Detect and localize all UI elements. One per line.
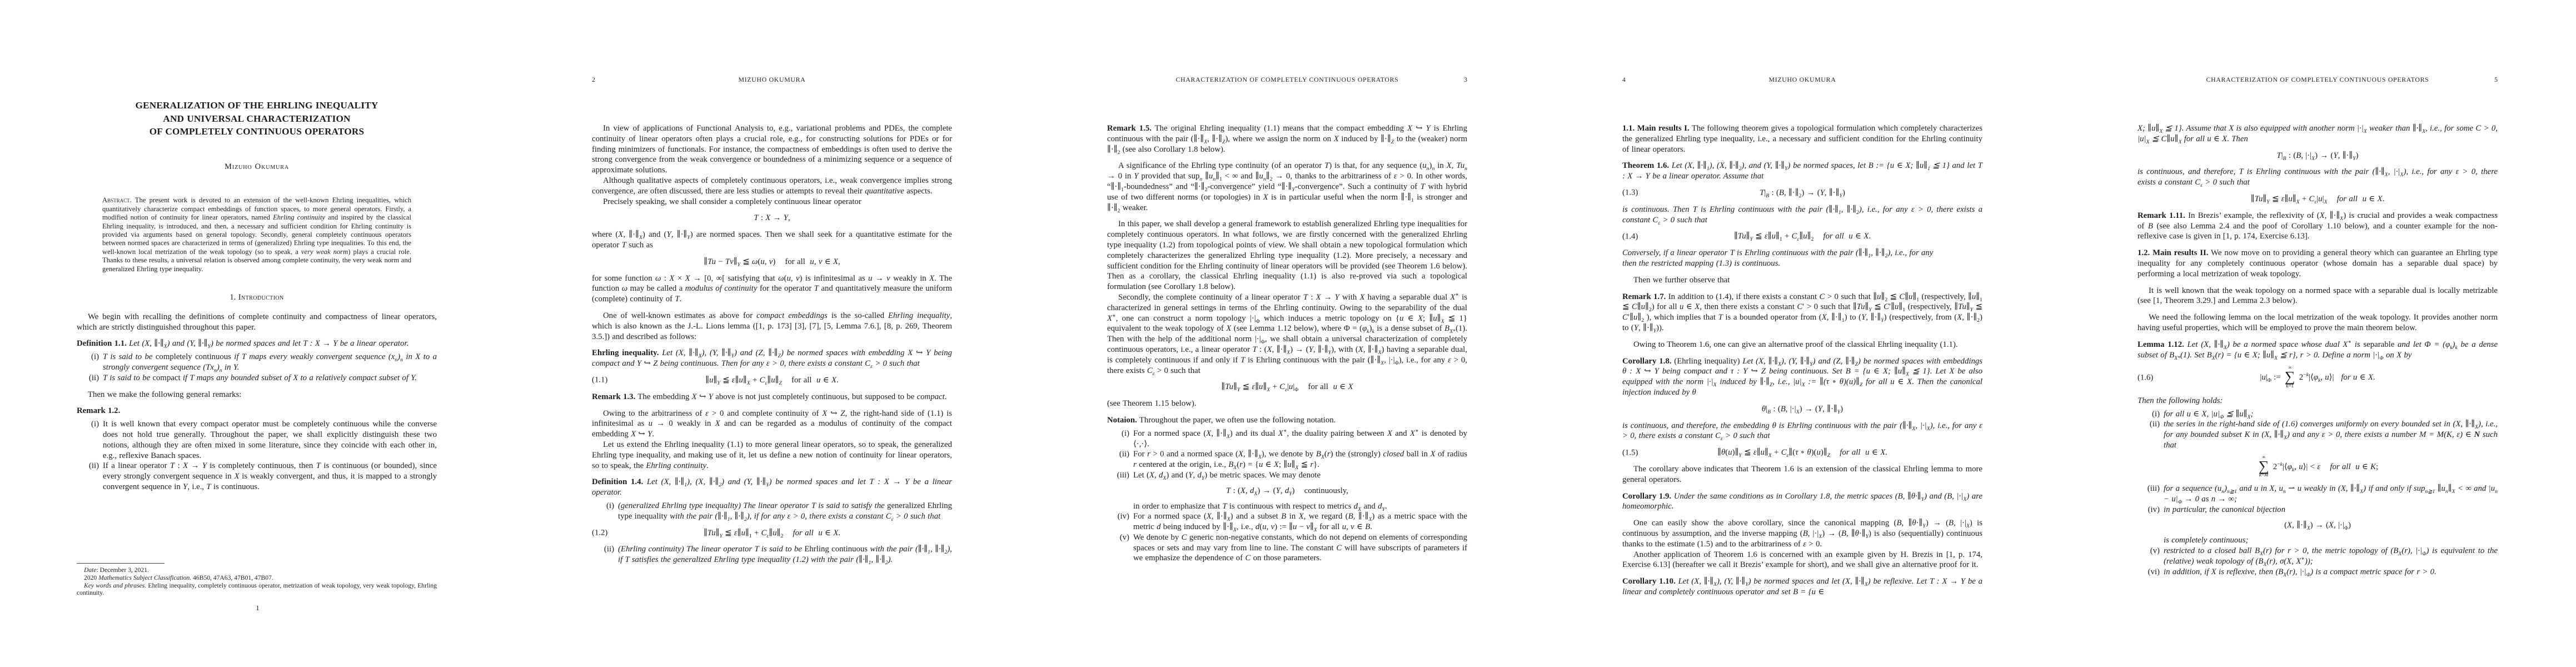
list-item: (i)For a normed space (X, ∥·∥X) and its … [1107, 429, 1467, 450]
paragraph: Corollary 1.9. Under the same conditions… [1622, 491, 1982, 512]
item-label: (ii) [2141, 419, 2160, 430]
list-item: (iii)for a sequence (un)n≧1 and u in X, … [2137, 484, 2498, 505]
item-text: in addition, if X is reflexive, then (BX… [2164, 568, 2437, 576]
display-equation: (1.2)∥Tu∥Y ≦ ε∥u∥1 + Cε∥u∥2 for all u ∈ … [592, 528, 952, 539]
author-name: Mizuho Okumura [77, 162, 437, 172]
list-item: (vi)in addition, if X is reflexive, then… [2137, 567, 2498, 578]
paragraph: Definition 1.1. Let (X, ∥·∥X) and (Y, ∥·… [77, 339, 437, 349]
page-body: GENERALIZATION OF THE EHRLING INEQUALITY… [77, 99, 437, 495]
paragraph: Remark 1.5. The original Ehrling inequal… [1107, 123, 1467, 155]
display-equation: (1.6)|u|Φ := ∞∑k=1 2−k|⟨φk, u⟩| for u ∈ … [2137, 366, 2498, 389]
item-text: (Ehrling continuity) The linear operator… [618, 545, 952, 564]
display-equation: (1.5)∥θ(u)∥Y ≦ ε∥u∥X + Cε∥(τ ∘ θ)(u)∥Z f… [1622, 447, 1982, 458]
page-4: 4MIZUHO OKUMURA1.1. Main results I. The … [1546, 0, 2061, 667]
equation-number: (1.4) [1622, 231, 1638, 242]
paragraph: Definition 1.4. Let (X, ∥·∥1), (X, ∥·∥2)… [592, 477, 952, 498]
item-text: Let (X, dX) and (Y, dY) be metric spaces… [1133, 471, 1467, 511]
paragraph: One of well-known estimates as above for… [592, 311, 952, 342]
running-head: MIZUHO OKUMURA [616, 76, 928, 84]
equation-body: T|B : (B, |·|X) → (Y, ∥·∥Y) [2276, 151, 2358, 160]
footnote-line: Key words and phrases. Ehrling inequalit… [77, 582, 437, 598]
item-label: (i) [80, 352, 99, 362]
item-label: (ii) [80, 373, 99, 384]
page-header: CHARACTERIZATION OF COMPLETELY CONTINUOU… [2137, 76, 2498, 84]
list-item: (ii)the series in the right-hand side of… [2137, 419, 2498, 479]
running-head: MIZUHO OKUMURA [1647, 76, 1958, 84]
equation-number: (1.6) [2137, 373, 2153, 384]
paragraph: (see Theorem 1.15 below). [1107, 399, 1467, 409]
display-equation: (1.1)∥u∥Y ≦ ε∥u∥X + Cε∥u∥Z for all u ∈ X… [592, 375, 952, 386]
item-label: (iv) [1110, 511, 1129, 522]
equation-number: (1.3) [1622, 188, 1638, 198]
equation-body: ∥Tu∥Y ≦ ε∥u∥X + Cε|u|Φ for all u ∈ X [1221, 382, 1353, 391]
item-label: (ii) [1110, 449, 1129, 460]
footnote-line: 2020 Mathematics Subject Classification.… [77, 574, 437, 582]
page-body: In view of applications of Functional An… [592, 123, 952, 568]
paper-title-line: GENERALIZATION OF THE EHRLING INEQUALITY [77, 99, 437, 112]
paragraph: Notaion. Throughout the paper, we often … [1107, 415, 1467, 426]
paper-title-line: OF COMPLETELY CONTINUOUS OPERATORS [77, 125, 437, 138]
item-label: (vi) [2141, 567, 2160, 578]
item-text: for a sequence (un)n≧1 and u in X, un ⇀ … [2164, 484, 2498, 504]
document-canvas: arXiv:2103.03549v1 [math.FA] 5 Mar 2021 … [0, 0, 2576, 667]
paragraph: Although qualitative aspects of complete… [592, 176, 952, 197]
equation-body: ∥Tu − Tv∥Y ≦ ω(u, v) for all u, v ∈ X, [704, 257, 840, 266]
item-text: T is said to be compact if T maps any bo… [103, 374, 417, 382]
page-number-left: 4 [1622, 76, 1647, 84]
paragraph: A significance of the Ehrling type conti… [1107, 161, 1467, 213]
item-text: T is said to be completely continuous if… [103, 352, 437, 372]
paragraph: Remark 1.2. [77, 406, 437, 416]
item-text: It is well known that every compact oper… [103, 420, 437, 460]
display-equation: T : X → Y, [592, 213, 952, 223]
item-text: the series in the right-hand side of (1.… [2164, 420, 2498, 479]
paragraph: Another application of Theorem 1.6 is co… [1622, 550, 1982, 571]
paper-title-line: AND UNIVERSAL CHARACTERIZATION [77, 112, 437, 126]
display-equation: T|B : (B, |·|X) → (Y, ∥·∥Y) [2137, 151, 2498, 161]
equation-body: T|B : (B, ∥·∥2) → (Y, ∥·∥Y) [1760, 188, 1845, 197]
paragraph: Let us extend the Ehrling inequality (1.… [592, 440, 952, 471]
equation-body: ∥Tu∥Y ≦ ε∥u∥1 + Cε∥u∥2 for all u ∈ X. [704, 529, 840, 537]
list-item: (iii)Let (X, dX) and (Y, dY) be metric s… [1107, 470, 1467, 511]
abstract: Abstract. The present work is devoted to… [102, 196, 411, 273]
paragraph: Then we further observe that [1622, 275, 1982, 286]
equation-body: ∥θ(u)∥Y ≦ ε∥u∥X + Cε∥(τ ∘ θ)(u)∥Z for al… [1717, 448, 1887, 457]
paragraph: is continuous, and therefore, T is Ehrli… [2137, 167, 2498, 188]
footnote-rule [77, 563, 165, 564]
list-item: (i)for all u ∈ X, |u|Φ ≦ ∥u∥X; [2137, 409, 2498, 420]
item-label: (v) [2141, 546, 2160, 556]
item-label: (iii) [2141, 484, 2160, 494]
list-item: (i)It is well known that every compact o… [77, 419, 437, 461]
page-header: CHARACTERIZATION OF COMPLETELY CONTINUOU… [1107, 76, 1467, 84]
item-text: If a linear operator T : X → Y is comple… [103, 461, 437, 491]
page-body: X; ∥u∥X ≦ 1}. Assume that X is also equi… [2137, 123, 2498, 580]
item-label: (i) [2141, 409, 2160, 420]
item-text: For a normed space (X, ∥·∥X) and its dua… [1133, 429, 1467, 449]
list-item: (ii)If a linear operator T : X → Y is co… [77, 461, 437, 492]
item-text: for all u ∈ X, |u|Φ ≦ ∥u∥X; [2164, 410, 2253, 419]
equation-body: ∥Tu∥Y ≦ ε∥u∥1 + Cε∥u∥2 for all u ∈ X. [1734, 232, 1871, 241]
paragraph: It is well known that the weak topology … [2137, 286, 2498, 307]
equation-body: ∥u∥Y ≦ ε∥u∥X + Cε∥u∥Z for all u ∈ X. [705, 376, 839, 385]
paragraph: X; ∥u∥X ≦ 1}. Assume that X is also equi… [2137, 123, 2498, 145]
section-heading: 1. Introduction [77, 292, 437, 303]
paragraph: Corollary 1.10. Let (X, ∥·∥X), (Y, ∥·∥Y)… [1622, 576, 1982, 598]
item-text: For r > 0 and a normed space (X, ∥·∥X), … [1133, 450, 1467, 469]
running-head: CHARACTERIZATION OF COMPLETELY CONTINUOU… [2162, 76, 2473, 84]
display-equation: (1.3)T|B : (B, ∥·∥2) → (Y, ∥·∥Y) [1622, 188, 1982, 198]
list: (i)It is well known that every compact o… [77, 419, 437, 492]
paragraph: Then we make the following general remar… [77, 390, 437, 400]
list-item: (v)restricted to a closed ball BX(r) for… [2137, 546, 2498, 567]
footnote-block: Date: December 3, 2021.2020 Mathematics … [77, 563, 437, 597]
display-equation: (1.4)∥Tu∥Y ≦ ε∥u∥1 + Cε∥u∥2 for all u ∈ … [1622, 231, 1982, 242]
equation-number: (1.2) [592, 527, 607, 538]
paragraph: is continuous. Then T is Ehrling continu… [1622, 205, 1982, 226]
footnote-line: Date: December 3, 2021. [77, 566, 437, 574]
list: (i)For a normed space (X, ∥·∥X) and its … [1107, 429, 1467, 564]
paragraph: In this paper, we shall develop a genera… [1107, 219, 1467, 292]
paragraph: where (X, ∥·∥X) and (Y, ∥·∥Y) are normed… [592, 230, 952, 251]
equation-body: θ|B : (B, |·|X) → (Y, ∥·∥Y) [1762, 405, 1843, 414]
paragraph: Remark 1.7. In addition to (1.4), if the… [1622, 292, 1982, 333]
paragraph: In view of applications of Functional An… [592, 123, 952, 176]
paragraph: 1.2. Main results II. We now move on to … [2137, 248, 2498, 279]
item-label: (ii) [80, 461, 99, 471]
display-equation: ∥Tu∥Y ≦ ε∥u∥X + Cε|u|Φ for all u ∈ X [1107, 382, 1467, 392]
paragraph: Ehrling inequality. Let (X, ∥·∥X), (Y, ∥… [592, 348, 952, 369]
display-equation: ∥Tu − Tv∥Y ≦ ω(u, v) for all u, v ∈ X, [592, 257, 952, 267]
paragraph: 1.1. Main results I. The following theor… [1622, 123, 1982, 155]
page-header: 4MIZUHO OKUMURA [1622, 76, 1982, 84]
item-label: (v) [1110, 532, 1129, 543]
page-5: CHARACTERIZATION OF COMPLETELY CONTINUOU… [2061, 0, 2576, 667]
equation-body: T : X → Y, [754, 213, 790, 222]
item-text: We denote by C generic non-negative cons… [1133, 533, 1467, 563]
paragraph: The corollary above indicates that Theor… [1622, 464, 1982, 485]
equation-number: (1.5) [1622, 447, 1638, 458]
page-number-right: 3 [1443, 76, 1467, 84]
list: (ii)(Ehrling continuity) The linear oper… [592, 544, 952, 565]
page-number-left: 2 [592, 76, 616, 84]
list-item: (v)We denote by C generic non-negative c… [1107, 532, 1467, 564]
page-number-bottom: 1 [0, 604, 515, 613]
item-label: (i) [595, 501, 614, 511]
item-label: (iii) [1110, 470, 1129, 481]
paragraph: Theorem 1.6. Let (X, ∥·∥1), (X, ∥·∥2), a… [1622, 161, 1982, 182]
equation-number: (1.1) [592, 375, 607, 386]
display-equation: θ|B : (B, |·|X) → (Y, ∥·∥Y) [1622, 404, 1982, 415]
list: (i)T is said to be completely continuous… [77, 352, 437, 383]
paragraph: We need the following lemma on the local… [2137, 312, 2498, 333]
paragraph: Then the following holds: [2137, 396, 2498, 406]
item-label: (i) [80, 419, 99, 430]
paragraph: Lemma 1.12. Let (X, ∥·∥X) be a normed sp… [2137, 340, 2498, 361]
paragraph: for some function ω : X × X → [0, ∞[ sat… [592, 273, 952, 305]
list: (i)for all u ∈ X, |u|Φ ≦ ∥u∥X;(ii)the se… [2137, 409, 2498, 578]
display-equation: ∥Tu∥Y ≦ ε∥u∥X + Cε|u|X for all u ∈ X. [2137, 194, 2498, 205]
list-item: (i)(generalized Ehrling type inequality)… [592, 501, 952, 522]
paper-title: GENERALIZATION OF THE EHRLING INEQUALITY… [77, 99, 437, 138]
page-header: 2MIZUHO OKUMURA [592, 76, 952, 84]
paragraph: We begin with recalling the definitions … [77, 312, 437, 333]
item-label: (iv) [2141, 505, 2160, 515]
paragraph: Corollary 1.8. (Ehrling inequality) Let … [1622, 356, 1982, 398]
page-3: CHARACTERIZATION OF COMPLETELY CONTINUOU… [1030, 0, 1546, 667]
list-item: (ii)(Ehrling continuity) The linear oper… [592, 544, 952, 565]
paragraph: One can easily show the above corollary,… [1622, 518, 1982, 549]
item-text: in particular, the canonical bijection(X… [2164, 505, 2498, 545]
item-label: (ii) [595, 544, 614, 555]
equation-body: ∥Tu∥Y ≦ ε∥u∥X + Cε|u|X for all u ∈ X. [2251, 195, 2385, 203]
paragraph: Remark 1.11. In Brezis’ example, the ref… [2137, 211, 2498, 242]
list-item: (ii)T is said to be compact if T maps an… [77, 373, 437, 384]
page-body: 1.1. Main results I. The following theor… [1622, 123, 1982, 598]
page-body: Remark 1.5. The original Ehrling inequal… [1107, 123, 1467, 566]
paragraph: Secondly, the complete continuity of a l… [1107, 292, 1467, 376]
paragraph: Owing to the arbitrariness of ε > 0 and … [592, 409, 952, 440]
page-1: GENERALIZATION OF THE EHRLING INEQUALITY… [0, 0, 515, 667]
item-label: (i) [1110, 429, 1129, 439]
page-2: 2MIZUHO OKUMURAIn view of applications o… [515, 0, 1030, 667]
equation-body: |u|Φ := ∞∑k=1 2−k|⟨φk, u⟩| for u ∈ X. [2260, 373, 2375, 382]
paragraph: Owing to Theorem 1.6, one can give an al… [1622, 340, 1982, 350]
paragraph: Remark 1.3. The embedding X ↪ Y above is… [592, 392, 952, 402]
paragraph: Precisely speaking, we shall consider a … [592, 197, 952, 207]
paragraph: then the restricted mapping (1.3) is con… [1622, 258, 1982, 269]
list-item: (iv)For a normed space (X, ∥·∥X) and a s… [1107, 511, 1467, 532]
item-text: (generalized Ehrling type inequality) Th… [618, 501, 952, 521]
list-item: (i)T is said to be completely continuous… [77, 352, 437, 373]
list-item: (ii)For r > 0 and a normed space (X, ∥·∥… [1107, 449, 1467, 470]
item-text: restricted to a closed ball BX(r) for r … [2164, 546, 2498, 566]
page-number-right: 5 [2473, 76, 2498, 84]
paragraph: Conversely, if a linear operator T is Eh… [1622, 248, 1982, 258]
paragraph: is continuous, and therefore, the embedd… [1622, 421, 1982, 442]
running-head: CHARACTERIZATION OF COMPLETELY CONTINUOU… [1132, 76, 1443, 84]
list: (i)(generalized Ehrling type inequality)… [592, 501, 952, 522]
list-item: (iv)in particular, the canonical bijecti… [2137, 505, 2498, 546]
item-text: For a normed space (X, ∥·∥X) and a subse… [1133, 512, 1467, 531]
